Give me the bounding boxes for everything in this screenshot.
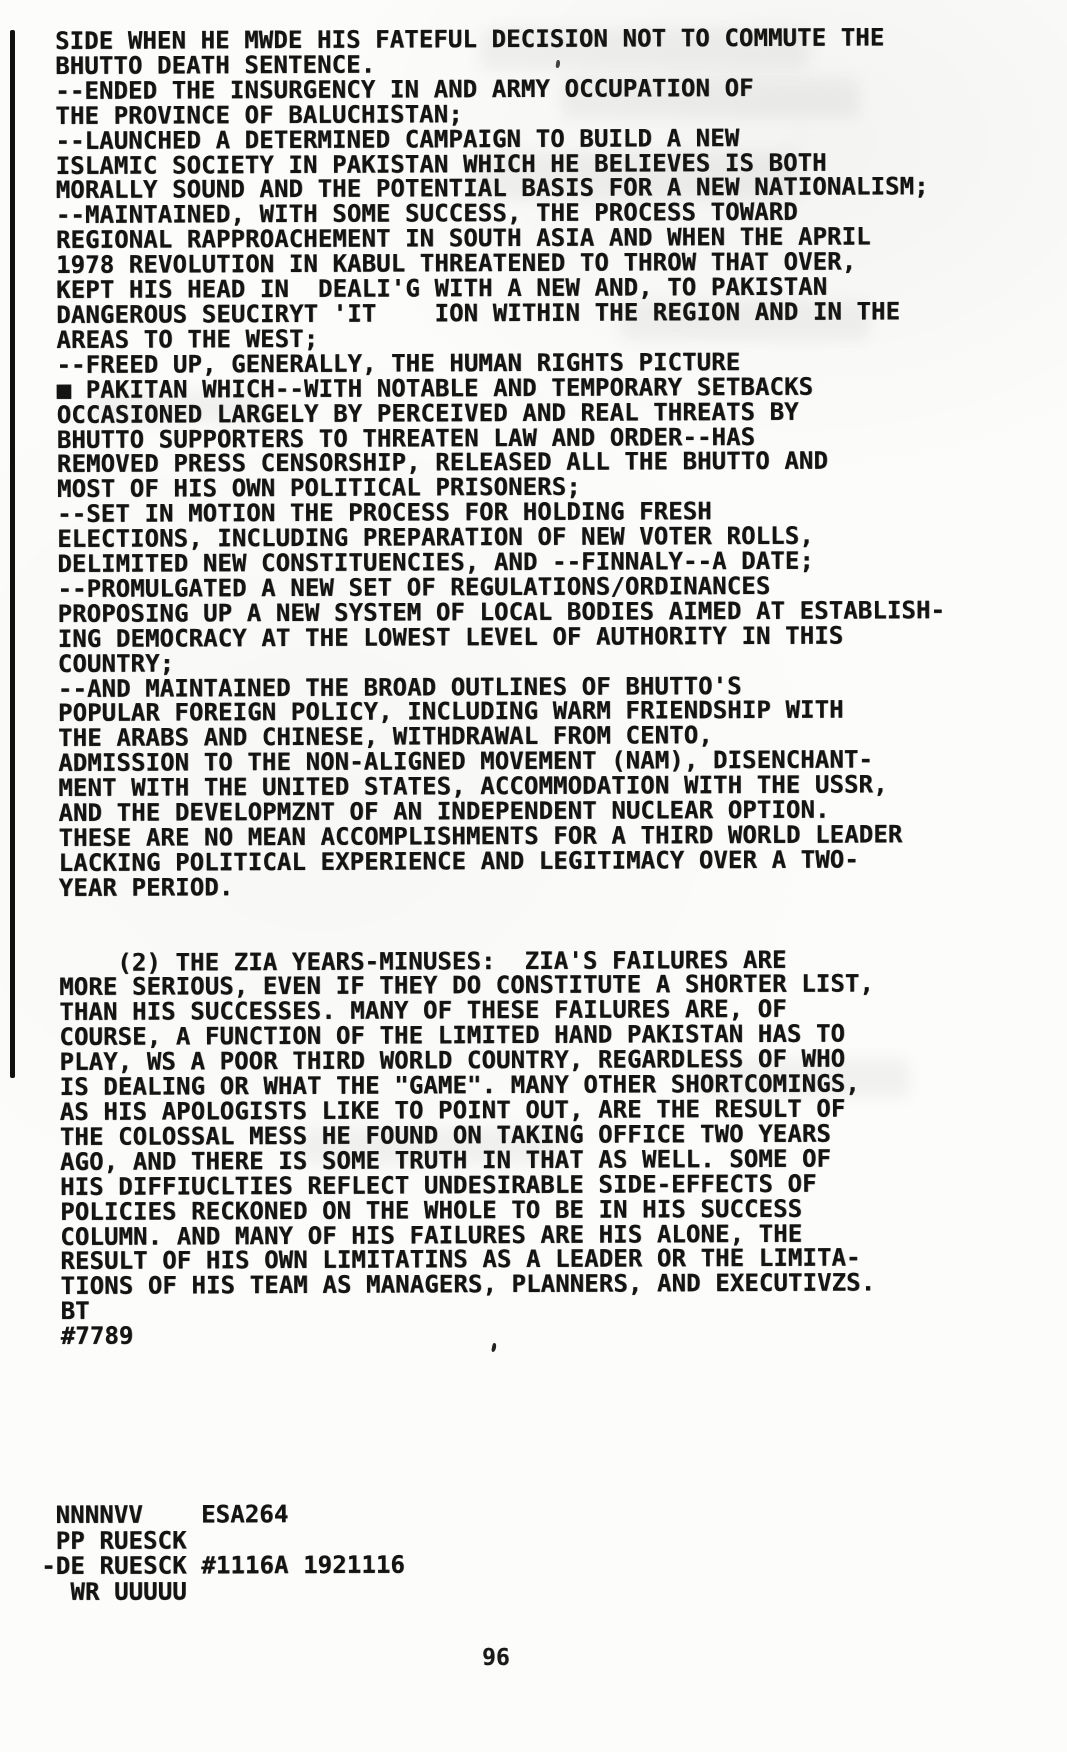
scan-edge-line bbox=[10, 30, 15, 1078]
ink-speck bbox=[491, 1343, 497, 1353]
page-number: 96 bbox=[482, 1645, 510, 1671]
telegram-body-text: SIDE WHEN HE MWDE HIS FATEFUL DECISION N… bbox=[55, 25, 948, 1349]
scanned-telegram-page: SIDE WHEN HE MWDE HIS FATEFUL DECISION N… bbox=[0, 0, 1067, 1752]
telegram-routing-block: NNNNVV ESA264 PP RUESCK -DE RUESCK #1116… bbox=[41, 1502, 405, 1605]
